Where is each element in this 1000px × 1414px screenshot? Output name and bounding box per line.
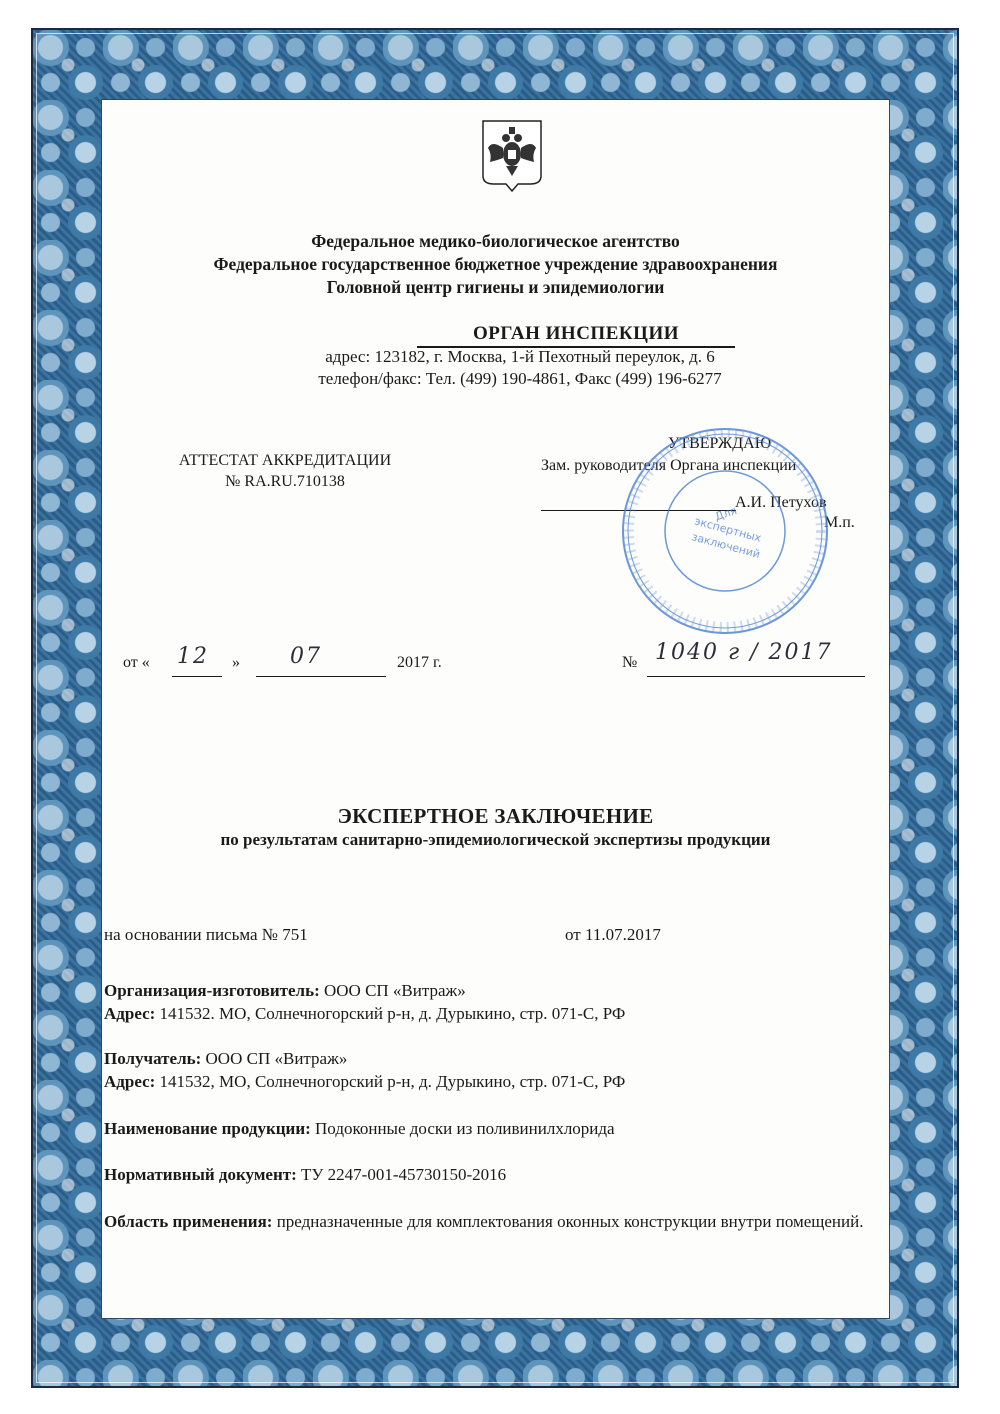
approval-position: Зам. руководителя Органа инспекции [541, 455, 796, 477]
scope-label: Область применения: [104, 1212, 272, 1231]
normative-value: ТУ 2247-001-45730150-2016 [297, 1165, 506, 1184]
recipient-label: Получатель: [104, 1049, 201, 1068]
normative-label: Нормативный документ: [104, 1165, 297, 1184]
approval-title: УТВЕРЖДАЮ [668, 433, 771, 455]
recipient-row: Получатель: ООО СП «Витраж» [104, 1047, 347, 1070]
manufacturer-address-row: Адрес: 141532. МО, Солнечногорский р-н, … [104, 1002, 625, 1025]
institution-name: Федеральное государственное бюджетное уч… [102, 253, 889, 276]
manufacturer-address-label: Адрес: [104, 1004, 155, 1023]
inspection-body-address: адрес: 123182, г. Москва, 1-й Пехотный п… [280, 346, 760, 368]
center-name: Головной центр гигиены и эпидемиологии [102, 276, 889, 299]
product-label: Наименование продукции: [104, 1119, 311, 1138]
recipient-address-row: Адрес: 141532, МО, Солнечногорский р-н, … [104, 1070, 625, 1093]
month-line [256, 676, 386, 677]
normative-row: Нормативный документ: ТУ 2247-001-457301… [104, 1163, 506, 1186]
manufacturer-value: ООО СП «Витраж» [320, 981, 466, 1000]
basis-date: от 11.07.2017 [565, 923, 661, 946]
product-row: Наименование продукции: Подоконные доски… [104, 1117, 615, 1140]
coat-of-arms-icon [480, 118, 544, 194]
day-line [172, 676, 222, 677]
manufacturer-label: Организация-изготовитель: [104, 981, 320, 1000]
document-title: ЭКСПЕРТНОЕ ЗАКЛЮЧЕНИЕ [102, 804, 889, 829]
inspection-body-phone: телефон/факс: Тел. (499) 190-4861, Факс … [280, 368, 760, 390]
recipient-address-label: Адрес: [104, 1072, 155, 1091]
basis-letter: на основании письма № 751 [104, 923, 308, 946]
number-label: № [622, 654, 637, 672]
signature-line [541, 510, 736, 511]
date-prefix: от « [123, 654, 150, 672]
document-number: 1040 г / 2017 [655, 640, 833, 665]
date-year: 2017 г. [397, 654, 442, 672]
product-value: Подоконные доски из поливинилхлорида [311, 1119, 615, 1138]
seal-mark: М.п. [824, 512, 855, 534]
scope-value: предназначенные для комплектования оконн… [272, 1212, 863, 1231]
inspection-body-title: ОРГАН ИНСПЕКЦИИ [417, 322, 735, 348]
date-mid: » [232, 654, 240, 672]
approval-signatory: А.И. Петухов [735, 492, 827, 514]
date-day: 12 [177, 644, 209, 669]
accreditation-number: № RA.RU.710138 [140, 471, 430, 493]
date-month: 07 [290, 644, 322, 669]
recipient-address-value: 141532, МО, Солнечногорский р-н, д. Дуры… [155, 1072, 625, 1091]
document-subtitle: по результатам санитарно-эпидемиологичес… [102, 830, 889, 850]
manufacturer-row: Организация-изготовитель: ООО СП «Витраж… [104, 979, 466, 1002]
scope-row: Область применения: предназначенные для … [104, 1210, 868, 1233]
number-line [647, 676, 865, 677]
recipient-value: ООО СП «Витраж» [201, 1049, 347, 1068]
accreditation-label: АТТЕСТАТ АККРЕДИТАЦИИ [140, 450, 430, 472]
manufacturer-address-value: 141532. МО, Солнечногорский р-н, д. Дуры… [155, 1004, 625, 1023]
agency-name: Федеральное медико-биологическое агентст… [102, 230, 889, 253]
